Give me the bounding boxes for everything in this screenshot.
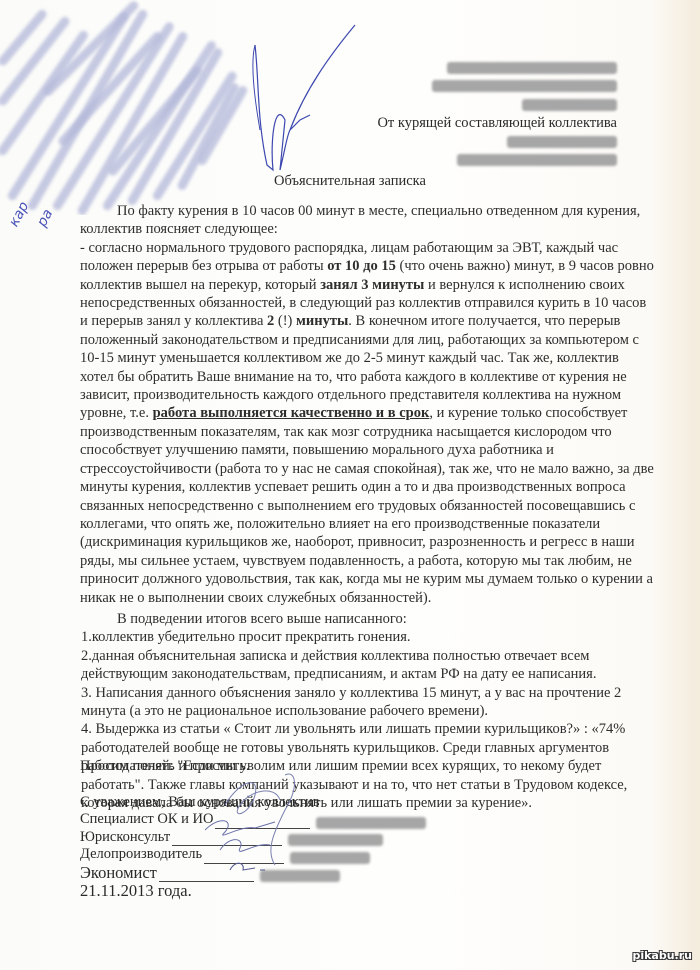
page-edge-shadow [686, 0, 700, 970]
addressee-block: От курящей составляющей коллектива [377, 58, 617, 169]
signer-row: Юрисконсульт [80, 829, 640, 847]
document-title: Объяснительная записка [0, 173, 700, 190]
redacted-name [316, 817, 426, 829]
redacted-text [432, 80, 617, 92]
document-body: По факту курения в 10 часов 00 минут в м… [80, 202, 655, 812]
intro-paragraph: По факту курения в 10 часов 00 минут в м… [80, 202, 655, 239]
summary-item: 2.данная объяснительная записка и действ… [80, 647, 655, 684]
document-date: 21.11.2013 года. [80, 882, 640, 900]
regards-line: С уважением, Ваш курящий коллектив [80, 794, 640, 812]
signer-role: Делопроизводитель [80, 846, 202, 864]
main-paragraph: - согласно нормального трудового распоря… [80, 239, 655, 607]
signature-block: Просим понять и простить. С уважением, В… [80, 758, 640, 899]
signer-role: Юрисконсульт [80, 829, 170, 847]
handwritten-signatures [185, 770, 325, 880]
signer-role: Экономист [80, 864, 157, 882]
closing-line: Просим понять и простить. [80, 758, 640, 776]
redacted-text [507, 136, 617, 148]
signer-row: Экономист [80, 864, 640, 882]
watermark: pikabu.ru [632, 949, 692, 962]
summary-item: 1.коллектив убедительно просит прекратит… [80, 628, 655, 646]
redacted-text [447, 62, 617, 74]
signer-row: Специалист ОК и ИО [80, 811, 640, 829]
resolution-signature [245, 20, 365, 180]
from-line: От курящей составляющей коллектива [377, 114, 617, 133]
emphasized-phrase: работа выполняется качественно и в срок [153, 405, 430, 421]
signer-row: Делопроизводитель [80, 846, 640, 864]
summary-item: 3. Написания данного объяснения заняло у… [80, 684, 655, 721]
summary-heading: В подведении итогов всего выше написанно… [80, 610, 655, 628]
redacted-text [457, 154, 617, 166]
redacted-text [522, 99, 617, 111]
